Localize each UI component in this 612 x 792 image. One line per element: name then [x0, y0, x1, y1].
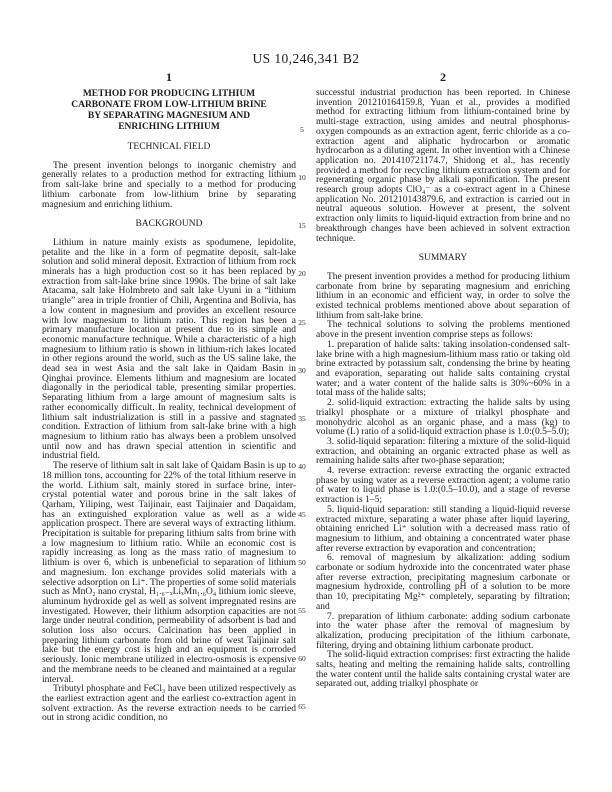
paragraph-step-7: 7. preparation of lithium carbonate: add… [316, 613, 570, 652]
invention-title-line: METHOD FOR PRODUCING LITHIUM [42, 89, 296, 100]
section-heading-technical-field: TECHNICAL FIELD [42, 143, 296, 153]
patent-page: US 10,246,341 B2 1 2 5 10 15 20 25 30 35… [0, 0, 612, 792]
section-heading-summary: SUMMARY [316, 254, 570, 264]
paragraph: Tributyl phosphate and FeCl₃ have been u… [42, 685, 296, 724]
paragraph-step-5: 5. liquid-liquid separation: still stand… [316, 506, 570, 555]
paragraph: The solid-liquid extraction comprises: f… [316, 651, 570, 690]
section-heading-background: BACKGROUND [42, 220, 296, 230]
right-column: successful industrial production has bee… [316, 89, 570, 765]
paragraph-step-6: 6. removal of magnesium by alkalization:… [316, 554, 570, 612]
paragraph-continuation: successful industrial production has bee… [316, 89, 570, 244]
invention-title-line: CARBONATE FROM LOW-LITHIUM BRINE [42, 100, 296, 111]
paragraph-step-4: 4. reverse extraction: reverse extractin… [316, 467, 570, 506]
paragraph-step-1: 1. preparation of halide salts: taking i… [316, 341, 570, 399]
paragraph: The present invention provides a method … [316, 273, 570, 322]
invention-title-line: ENRICHING LITHIUM [42, 122, 296, 133]
paragraph: The present invention belongs to inorgan… [42, 162, 296, 211]
column-number-2: 2 [316, 70, 570, 85]
paragraph-step-2: 2. solid-liquid extraction: extracting t… [316, 399, 570, 438]
invention-title-line: BY SEPARATING MAGNESIUM AND [42, 111, 296, 122]
paragraph-step-3: 3. solid-liquid separation: filtering a … [316, 438, 570, 467]
patent-header-number: US 10,246,341 B2 [0, 51, 612, 67]
paragraph: The technical solutions to solving the p… [316, 321, 570, 340]
paragraph: Lithium in nature mainly exists as spodu… [42, 239, 296, 462]
left-column: METHOD FOR PRODUCING LITHIUM CARBONATE F… [42, 89, 296, 765]
paragraph: The reserve of lithium salt in salt lake… [42, 462, 296, 685]
invention-title: METHOD FOR PRODUCING LITHIUM CARBONATE F… [42, 89, 296, 133]
column-number-1: 1 [42, 70, 296, 85]
